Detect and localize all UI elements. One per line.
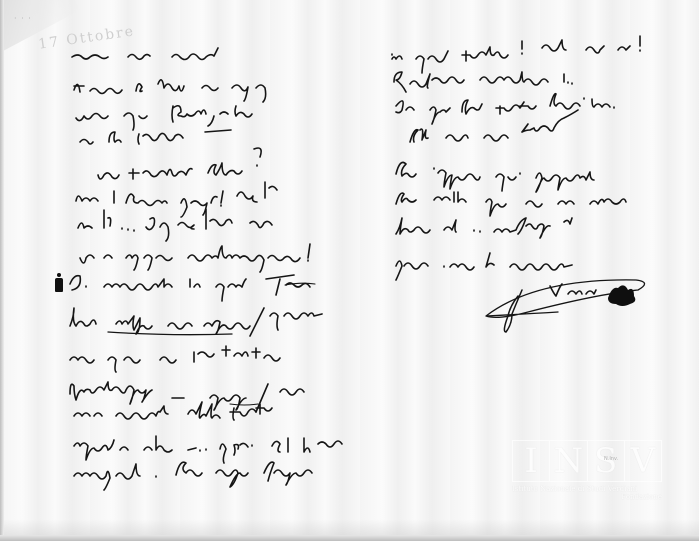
margin-mark-icon — [55, 278, 63, 292]
letter-line: musicale. Senza parlare — [72, 464, 255, 482]
inventory-mark: N.Inv. — [604, 456, 618, 462]
letter-line: gran cuore le mani — [394, 254, 538, 272]
letter-line: Addio mio caro Du Locle — [408, 128, 595, 146]
letter-line: Restiamo come siamo !.. — [392, 70, 578, 88]
letter-line: pretenziosa e grossa / ma — [70, 378, 265, 396]
letter-line: la mise en scene / quan- — [70, 310, 253, 328]
watermark-letter: I — [513, 441, 550, 481]
letter-line: non ammetto affatto tutto — [72, 404, 268, 422]
letter-sheet: · · · 17 Ottobre — [0, 0, 699, 541]
letter-line: in quel teatro! oh no no! — [390, 42, 575, 60]
letter-line: ahi !.. Io farei ben poco — [76, 214, 253, 232]
letter-line: tunque per me troppo — [70, 346, 237, 364]
watermark-foundation: Fondazione — [512, 493, 662, 501]
letter-line: quello che vi si fa dal lato — [72, 434, 267, 452]
signature: G Verdi — [540, 282, 597, 300]
watermark-letter: N — [550, 441, 587, 481]
letter-line: Marie ed io vi stringo di — [394, 220, 577, 238]
archive-watermark: I N S V N.Inv. Istituto Nazionale di Stu… — [512, 440, 662, 505]
watermark-letter: V — [625, 441, 661, 481]
letter-line: Io qui sto tanto bene !.. — [394, 96, 572, 114]
letter-line: per questa combinazione! — [76, 244, 273, 262]
letter-line: Per l'Opera forse? Ahi — [72, 188, 239, 206]
watermark-institution: Istituto Nazionale di Studi Verdiani — [512, 485, 662, 493]
letter-line: Voi tradurrete Aida? — [96, 162, 251, 180]
letter-line: Io ammetto in quel Teatro — [70, 272, 268, 290]
watermark-logo: I N S V — [512, 440, 662, 482]
letter-line: dice mille cose alla vostra — [394, 190, 591, 208]
letter-line: La Peppina qui presente — [394, 160, 579, 178]
letter-line: potuto però comparire — [72, 44, 244, 62]
letter-line: viene qui Ricordi, e darò — [72, 104, 259, 122]
letter-line: a lui l'incarico. — — [76, 130, 208, 148]
letter-line: fuori di David, ma oggi — [72, 76, 247, 94]
